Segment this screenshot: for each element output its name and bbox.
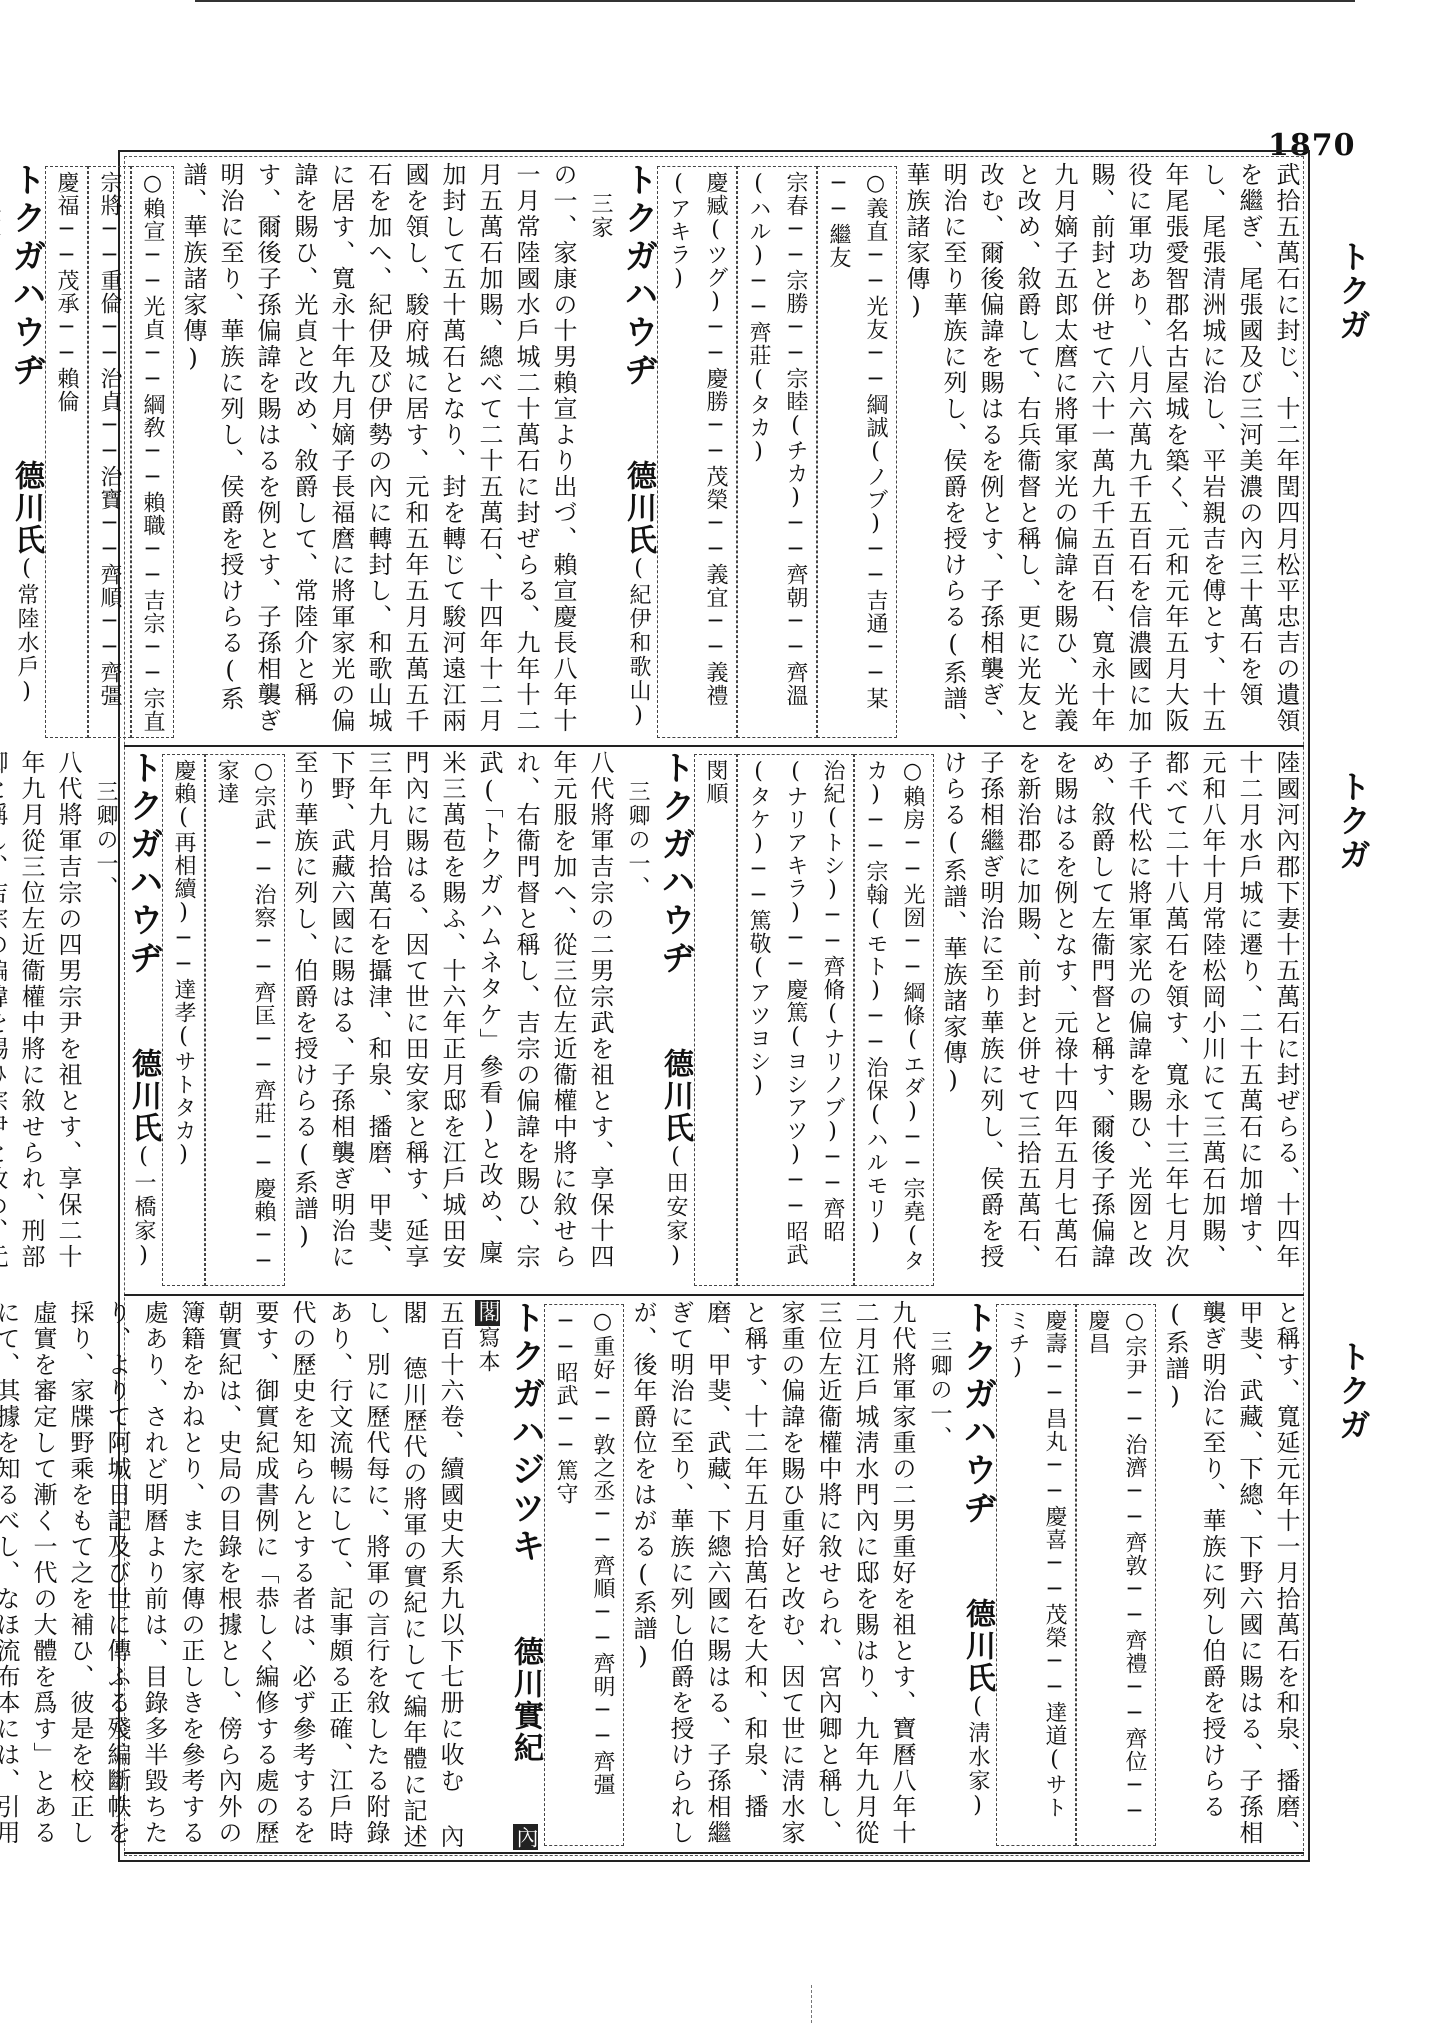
section-mito-tayasu-hitotsubashi: 陸國河內郡下妻十五萬石に封ぜらる、十四年十二月水戶城に遷り、二十五萬石に加增す、… — [124, 750, 1304, 1290]
entry-clan: 德川氏 — [658, 1048, 693, 1144]
section-divider — [124, 745, 1304, 747]
entry-format: 寫本 — [475, 1326, 500, 1374]
binding-mark — [811, 1985, 812, 2023]
section-3-text-flow: と稱す、寬延元年十一月拾萬石を和泉、播磨、甲斐、武藏、下總、下野六國に賜はる、子… — [0, 1300, 1304, 1850]
entry-note: 三卿の一、 — [625, 780, 650, 900]
entry-branch: (田安家) — [663, 1144, 688, 1270]
genealogy-line: ○賴宣──光貞──綱敎──賴職──吉宗──宗直 — [131, 166, 174, 738]
entry-heading: トクガハウヂ — [957, 1300, 997, 1528]
genealogy-line: ○宗尹──治濟──齊敦──齊禮──齊位──慶昌 — [1076, 1304, 1156, 1846]
section-divider — [124, 1852, 1304, 1854]
genealogy-line: 治紀(トシ)──齊脩(ナリノブ)──齊昭(ナリアキラ)──慶篤(ヨシアツ)──昭… — [737, 754, 854, 1286]
genealogy-line: 慶臧(ツグ)──慶勝──茂榮──義宜──義禮(アキラ) — [657, 166, 737, 738]
entry-header: トクガハウヂ 德川氏(淸水家) 三卿の一、 — [920, 1300, 996, 1850]
entry-branch: (紀伊和歌山) — [626, 556, 651, 730]
paragraph: 陸國河內郡下妻十五萬石に封ぜらる、十四年十二月水戶城に遷り、二十五萬石に加增す、… — [934, 750, 1304, 1290]
section-divider — [124, 1294, 1304, 1296]
entry-header: トクガハウヂ 德川氏(一橋家) 三卿の一、 — [86, 750, 162, 1290]
entry-heading: トクガハウヂ — [6, 162, 46, 390]
entry-header: トクガハジツキ 德川實紀 內閣寫本 — [468, 1300, 544, 1850]
genealogy-line: ○義直──光友──綱誠(ノブ)──吉通──某──繼友 — [817, 166, 897, 738]
margin-header-bottom: トクガ — [1330, 1340, 1376, 1442]
entry-heading: トクガハジツキ — [505, 1300, 545, 1566]
genealogy-line: ○賴房──光圀──綱條(エダ)──宗堯(タカ)──宗翰(モト)──治保(ハルモリ… — [854, 754, 934, 1286]
entry-header: トクガハウヂ 德川氏(常陸水戶) 三家の — [0, 162, 45, 742]
entry-clan: 德川氏 — [9, 460, 44, 556]
entry-body: 九代將軍家重の二男重好を祖とす、寶曆八年十二月江戶城淸水門內に邸を賜はり、九年九… — [624, 1300, 920, 1850]
genealogy-line: 閔順 — [694, 754, 737, 1286]
genealogy-line: ○宗武──治察──齊匡──齊莊──慶賴──家達 — [205, 754, 285, 1286]
entry-body: 五百十六卷、續國史大系九以下七册に收む 內閣 德川歷代の將軍の實紀にして編年體に… — [0, 1300, 468, 1850]
entry-header: トクガハウヂ 德川氏(田安家) 三卿の一、 — [618, 750, 694, 1290]
genealogy-line: 宗將──重倫──治貞──治寶──齊順──齊彊 — [88, 166, 131, 738]
top-page-rule — [195, 0, 1355, 2]
paragraph: 武拾五萬石に封じ、十二年閏四月松平忠吉の遺領を繼ぎ、尾張國及び三河美濃の內三十萬… — [897, 162, 1304, 742]
entry-branch: (常陸水戶) — [14, 556, 39, 706]
entry-note: 三家 — [588, 192, 613, 240]
entry-body: 八代將軍吉宗の二男宗武を祖とす、享保十四年元服を加へ、從三位左近衞權中將に敘せら… — [285, 750, 618, 1290]
entry-note: 三卿の一、 — [93, 780, 118, 900]
entry-note: 三卿の一、 — [927, 1330, 952, 1450]
genealogy-line: 慶壽──昌丸──慶喜──茂榮──達道(サトミチ) — [996, 1304, 1076, 1846]
section-1-text-flow: 武拾五萬石に封じ、十二年閏四月松平忠吉の遺領を繼ぎ、尾張國及び三河美濃の內三十萬… — [0, 162, 1304, 742]
entry-header: トクガハウヂ 德川氏(紀伊和歌山) 三家 — [581, 162, 657, 742]
section-kii-mito: 武拾五萬石に封じ、十二年閏四月松平忠吉の遺領を繼ぎ、尾張國及び三河美濃の內三十萬… — [124, 162, 1304, 742]
margin-header-top: トクガ — [1330, 240, 1376, 342]
entry-heading: トクガハウヂ — [655, 750, 695, 978]
genealogy-line: 宗春──宗勝──宗睦(チカ)──齊朝──齊溫(ハル)──齊莊(タカ) — [737, 166, 817, 738]
entry-branch: (淸水家) — [965, 1694, 990, 1820]
entry-title: 德川實紀 — [508, 1636, 543, 1764]
entry-clan: 德川氏 — [621, 460, 656, 556]
entry-body: 八代將軍吉宗の四男宗尹を祖とす、享保二十年九月從三位左近衞權中將に敘せられ、刑部… — [0, 750, 86, 1290]
entry-heading: トクガハウヂ — [123, 750, 163, 978]
entry-clan: 德川氏 — [126, 1048, 161, 1144]
entry-heading: トクガハウヂ — [618, 162, 658, 390]
margin-header-middle: トクガ — [1330, 770, 1376, 872]
genealogy-line: 慶賴(再相續)──達孝(サトタカ) — [162, 754, 205, 1286]
entry-body: の一、家康の十男賴宣より出づ、賴宣慶長八年十一月常陸國水戶城二十萬石に封ぜらる、… — [174, 162, 581, 742]
genealogy-line: 慶福──茂承──賴倫 — [45, 166, 88, 738]
section-shimizu-jikki: と稱す、寬延元年十一月拾萬石を和泉、播磨、甲斐、武藏、下總、下野六國に賜はる、子… — [124, 1300, 1304, 1850]
section-2-text-flow: 陸國河內郡下妻十五萬石に封ぜらる、十四年十二月水戶城に遷り、二十五萬石に加增す、… — [0, 750, 1304, 1290]
entry-clan: 德川氏 — [960, 1598, 995, 1694]
genealogy-line: ○重好──敦之丞──齊順──齊明──齊彊──昭武──篤守 — [544, 1304, 624, 1846]
entry-branch: (一橋家) — [131, 1144, 156, 1270]
paragraph: と稱す、寬延元年十一月拾萬石を和泉、播磨、甲斐、武藏、下總、下野六國に賜はる、子… — [1156, 1300, 1304, 1850]
entry-note: 三家の — [0, 192, 1, 264]
